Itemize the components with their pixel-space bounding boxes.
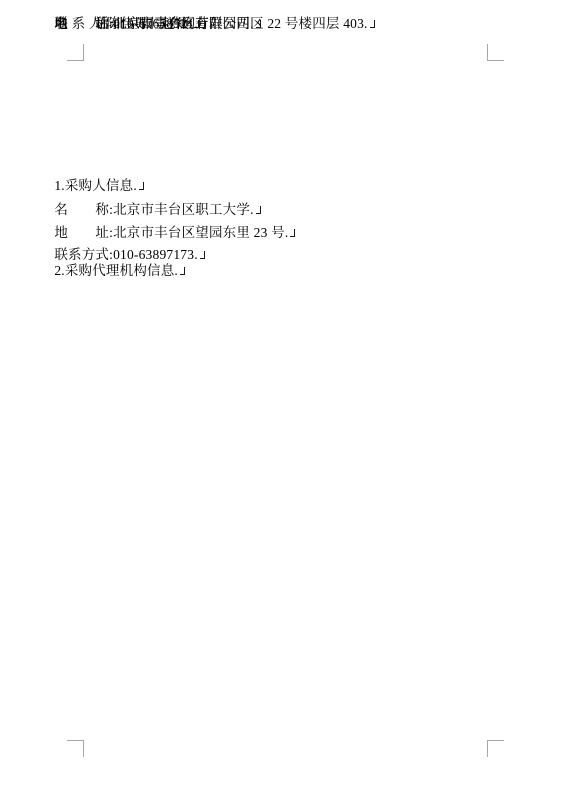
paragraph-mark-icon	[370, 20, 375, 28]
line-text: 2.采购代理机构信息.	[54, 263, 178, 278]
agency-phone: 电 话:010-67658521.	[40, 0, 205, 48]
paragraph-mark-icon	[180, 267, 185, 275]
paragraph-mark-icon	[200, 20, 205, 28]
text-boundary-mark-top-right	[487, 44, 504, 61]
document-page: 1.采购人信息. 名 称:北京市丰台区职工大学. 地 址:北京市丰台区望园东里 …	[0, 0, 571, 804]
paragraph-mark-icon	[290, 229, 295, 237]
line-text: 电 话:010-67658521.	[54, 16, 197, 31]
paragraph-mark-icon	[200, 251, 205, 259]
text-boundary-mark-bottom-right	[487, 740, 504, 757]
text-boundary-mark-bottom-left	[67, 740, 84, 757]
section-2-heading: 2.采购代理机构信息.	[40, 247, 185, 295]
